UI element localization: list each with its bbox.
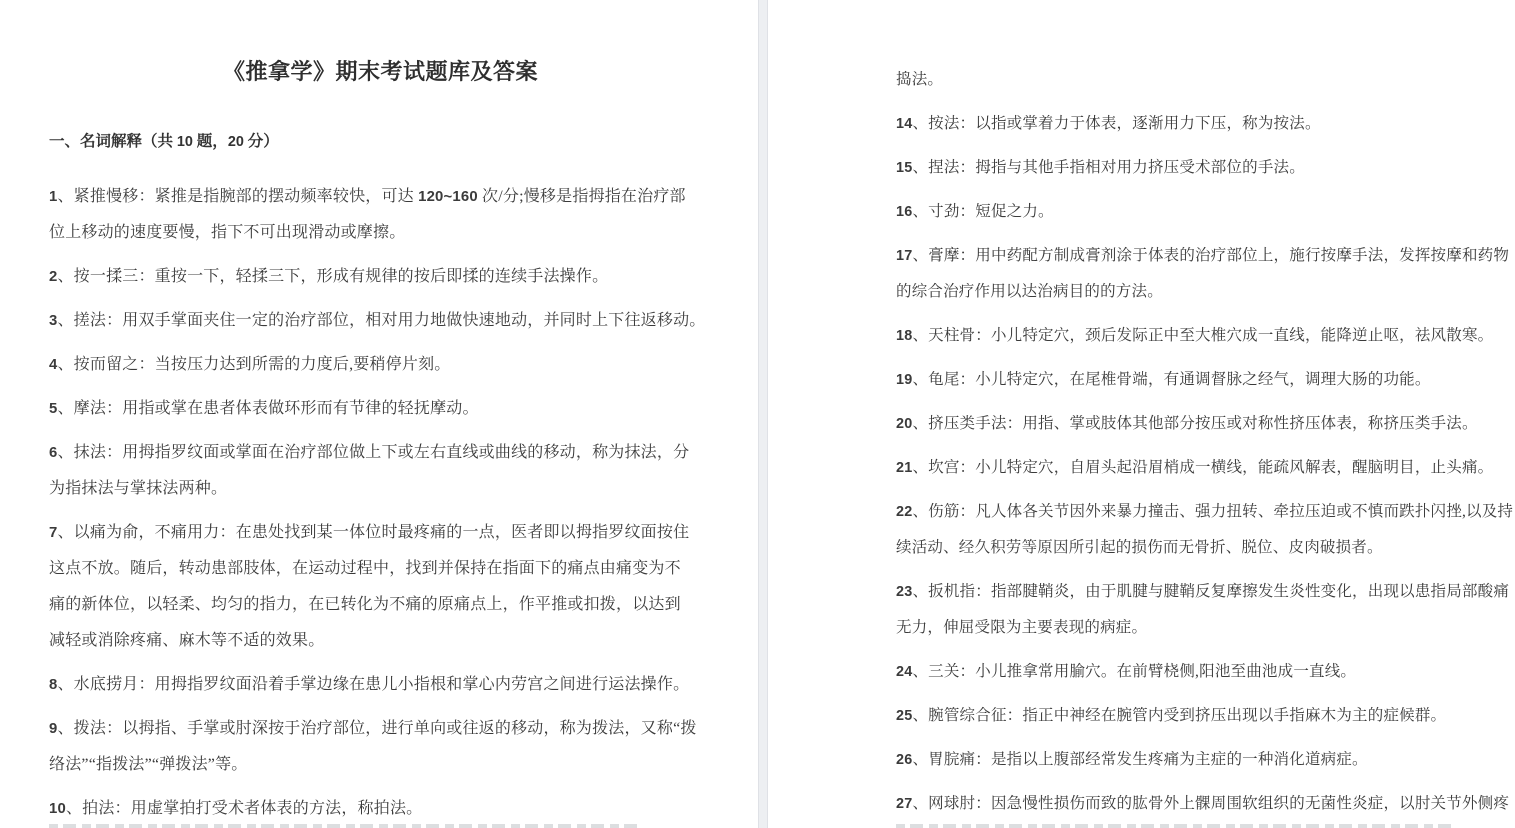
definition-item: 3、搓法：用双手掌面夹住一定的治疗部位，相对用力地做快速地动，并同时上下往返移动… <box>49 303 712 339</box>
digit-run: 9 <box>49 721 57 737</box>
digit-run: 23 <box>896 584 912 600</box>
section-heading: 一、名词解释（共 10 题，20 分） <box>49 131 712 153</box>
digit-run: 2 <box>49 269 57 285</box>
text-line: 19、龟尾：小儿特定穴，在尾椎骨端，有通调督脉之经气，调理大肠的功能。 <box>896 362 1495 398</box>
digit-run: 7 <box>49 525 57 541</box>
digit-run: 14 <box>896 116 912 132</box>
text-line: 20、挤压类手法：用指、掌或肢体其他部分按压或对称性挤压体表，称挤压类手法。 <box>896 406 1495 442</box>
definition-item: 25、腕管综合征：指正中神经在腕管内受到挤压出现以手指麻木为主的症候群。 <box>896 698 1495 734</box>
text-line: 25、腕管综合征：指正中神经在腕管内受到挤压出现以手指麻木为主的症候群。 <box>896 698 1495 734</box>
document-viewer: 《推拿学》期末考试题库及答案 一、名词解释（共 10 题，20 分） 1、紧推慢… <box>0 0 1515 828</box>
definition-item: 7、以痛为俞，不痛用力：在患处找到某一体位时最疼痛的一点，医者即以拇指罗纹面按住… <box>49 515 712 659</box>
page-divider <box>758 0 768 828</box>
definition-item: 2、按一揉三：重按一下，轻揉三下，形成有规律的按后即揉的连续手法操作。 <box>49 259 712 295</box>
digit-run: 3 <box>49 313 57 329</box>
definition-item: 19、龟尾：小儿特定穴，在尾椎骨端，有通调督脉之经气，调理大肠的功能。 <box>896 362 1495 398</box>
text-line: 15、捏法：拇指与其他手指相对用力挤压受术部位的手法。 <box>896 150 1495 186</box>
definition-item: 4、按而留之：当按压力达到所需的力度后,要稍停片刻。 <box>49 347 712 383</box>
text-line: 23、扳机指：指部腱鞘炎，由于肌腱与腱鞘反复摩擦发生炎性变化，出现以患指局部酸痛 <box>896 574 1495 610</box>
page-right: 捣法。14、按法：以指或掌着力于体表，逐渐用力下压，称为按法。15、捏法：拇指与… <box>768 0 1515 828</box>
digit-run: 10 <box>177 134 193 150</box>
text-line: 的综合治疗作用以达治病目的的方法。 <box>896 274 1495 310</box>
text-line: 26、胃脘痛：是指以上腹部经常发生疼痛为主症的一种消化道病症。 <box>896 742 1495 778</box>
text-line: 27、网球肘：因急慢性损伤而致的肱骨外上髁周围软组织的无菌性炎症，以肘关节外侧疼 <box>896 786 1495 822</box>
digit-run: 19 <box>896 372 912 388</box>
text-line: 3、搓法：用双手掌面夹住一定的治疗部位，相对用力地做快速地动，并同时上下往返移动… <box>49 303 712 339</box>
text-line: 痛的新体位，以轻柔、均匀的指力，在已转化为不痛的原痛点上，作平推或扣拨，以达到 <box>49 587 712 623</box>
digit-run: 20 <box>228 134 244 150</box>
definition-item: 14、按法：以指或掌着力于体表，逐渐用力下压，称为按法。 <box>896 106 1495 142</box>
text-line: 16、寸劲：短促之力。 <box>896 194 1495 230</box>
definition-item: 20、挤压类手法：用指、掌或肢体其他部分按压或对称性挤压体表，称挤压类手法。 <box>896 406 1495 442</box>
digit-run: 25 <box>896 708 912 724</box>
digit-run: 24 <box>896 664 912 680</box>
definition-item: 9、拨法：以拇指、手掌或肘深按于治疗部位，进行单向或往返的移动，称为拨法，又称“… <box>49 711 712 783</box>
page-left: 《推拿学》期末考试题库及答案 一、名词解释（共 10 题，20 分） 1、紧推慢… <box>0 0 758 828</box>
text-line: 4、按而留之：当按压力达到所需的力度后,要稍停片刻。 <box>49 347 712 383</box>
definition-item: 10、拍法：用虚掌拍打受术者体表的方法，称拍法。 <box>49 791 712 827</box>
digit-run: 1 <box>49 189 57 205</box>
definition-item: 21、坎宫：小儿特定穴，自眉头起沿眉梢成一横线，能疏风解表，醒脑明目，止头痛。 <box>896 450 1495 486</box>
digit-run: 27 <box>896 796 912 812</box>
text-line: 为指抹法与掌抹法两种。 <box>49 471 712 507</box>
text-line: 位上移动的速度要慢，指下不可出现滑动或摩擦。 <box>49 215 712 251</box>
left-page-items: 1、紧推慢移：紧推是指腕部的摆动频率较快，可达 120~160 次/分;慢移是指… <box>49 179 712 827</box>
digit-run: 22 <box>896 504 912 520</box>
text-line: 10、拍法：用虚掌拍打受术者体表的方法，称拍法。 <box>49 791 712 827</box>
text-line: 2、按一揉三：重按一下，轻揉三下，形成有规律的按后即揉的连续手法操作。 <box>49 259 712 295</box>
digit-run: 20 <box>896 416 912 432</box>
text-line: 6、抹法：用拇指罗纹面或掌面在治疗部位做上下或左右直线或曲线的移动，称为抹法，分 <box>49 435 712 471</box>
definition-item: 17、膏摩：用中药配方制成膏剂涂于体表的治疗部位上，施行按摩手法，发挥按摩和药物… <box>896 238 1495 310</box>
text-line: 9、拨法：以拇指、手掌或肘深按于治疗部位，进行单向或往返的移动，称为拨法，又称“… <box>49 711 712 747</box>
text-line: 17、膏摩：用中药配方制成膏剂涂于体表的治疗部位上，施行按摩手法，发挥按摩和药物 <box>896 238 1495 274</box>
definition-item: 27、网球肘：因急慢性损伤而致的肱骨外上髁周围软组织的无菌性炎症，以肘关节外侧疼 <box>896 786 1495 822</box>
digit-run: 16 <box>896 204 912 220</box>
definition-item: 6、抹法：用拇指罗纹面或掌面在治疗部位做上下或左右直线或曲线的移动，称为抹法，分… <box>49 435 712 507</box>
text-line: 14、按法：以指或掌着力于体表，逐渐用力下压，称为按法。 <box>896 106 1495 142</box>
text-line: 无力，伸屈受限为主要表现的病症。 <box>896 610 1495 646</box>
definition-item: 23、扳机指：指部腱鞘炎，由于肌腱与腱鞘反复摩擦发生炎性变化，出现以患指局部酸痛… <box>896 574 1495 646</box>
digit-run: 15 <box>896 160 912 176</box>
definition-item: 1、紧推慢移：紧推是指腕部的摆动频率较快，可达 120~160 次/分;慢移是指… <box>49 179 712 251</box>
clipped-next-line-left <box>49 824 641 828</box>
definition-item: 捣法。 <box>896 62 1495 98</box>
text-line: 这点不放。随后，转动患部肢体，在运动过程中，找到并保持在指面下的痛点由痛变为不 <box>49 551 712 587</box>
text-line: 络法”“指拨法”“弹拨法”等。 <box>49 747 712 783</box>
digit-run: 4 <box>49 357 57 373</box>
text-line: 22、伤筋：凡人体各关节因外来暴力撞击、强力扭转、牵拉压迫或不慎而跌扑闪挫,以及… <box>896 494 1495 530</box>
text-line: 7、以痛为俞，不痛用力：在患处找到某一体位时最疼痛的一点，医者即以拇指罗纹面按住 <box>49 515 712 551</box>
definition-item: 24、三关：小儿推拿常用腧穴。在前臂桡侧,阳池至曲池成一直线。 <box>896 654 1495 690</box>
right-page-items: 捣法。14、按法：以指或掌着力于体表，逐渐用力下压，称为按法。15、捏法：拇指与… <box>896 62 1495 822</box>
text-line: 24、三关：小儿推拿常用腧穴。在前臂桡侧,阳池至曲池成一直线。 <box>896 654 1495 690</box>
text-line: 18、天柱骨：小儿特定穴，颈后发际正中至大椎穴成一直线，能降逆止呕，祛风散寒。 <box>896 318 1495 354</box>
digit-run: 6 <box>49 445 57 461</box>
definition-item: 15、捏法：拇指与其他手指相对用力挤压受术部位的手法。 <box>896 150 1495 186</box>
definition-item: 5、摩法：用指或掌在患者体表做环形而有节律的轻抚摩动。 <box>49 391 712 427</box>
text-line: 8、水底捞月：用拇指罗纹面沿着手掌边缘在患儿小指根和掌心内劳宫之间进行运法操作。 <box>49 667 712 703</box>
digit-run: 17 <box>896 248 912 264</box>
digit-run: 21 <box>896 460 912 476</box>
text-line: 1、紧推慢移：紧推是指腕部的摆动频率较快，可达 120~160 次/分;慢移是指… <box>49 179 712 215</box>
digit-run: 10 <box>49 801 66 817</box>
digit-run: 5 <box>49 401 57 417</box>
definition-item: 16、寸劲：短促之力。 <box>896 194 1495 230</box>
text-line: 续活动、经久积劳等原因所引起的损伤而无骨折、脱位、皮肉破损者。 <box>896 530 1495 566</box>
clipped-next-line-right <box>896 824 1452 828</box>
digit-run: 8 <box>49 677 57 693</box>
definition-item: 18、天柱骨：小儿特定穴，颈后发际正中至大椎穴成一直线，能降逆止呕，祛风散寒。 <box>896 318 1495 354</box>
text-line: 5、摩法：用指或掌在患者体表做环形而有节律的轻抚摩动。 <box>49 391 712 427</box>
text-line: 21、坎宫：小儿特定穴，自眉头起沿眉梢成一横线，能疏风解表，醒脑明目，止头痛。 <box>896 450 1495 486</box>
digit-run: 120~160 <box>418 189 478 205</box>
text-line: 捣法。 <box>896 62 1495 98</box>
digit-run: 26 <box>896 752 912 768</box>
definition-item: 8、水底捞月：用拇指罗纹面沿着手掌边缘在患儿小指根和掌心内劳宫之间进行运法操作。 <box>49 667 712 703</box>
digit-run: 18 <box>896 328 912 344</box>
text-line: 减轻或消除疼痛、麻木等不适的效果。 <box>49 623 712 659</box>
definition-item: 26、胃脘痛：是指以上腹部经常发生疼痛为主症的一种消化道病症。 <box>896 742 1495 778</box>
document-title: 《推拿学》期末考试题库及答案 <box>49 57 712 87</box>
definition-item: 22、伤筋：凡人体各关节因外来暴力撞击、强力扭转、牵拉压迫或不慎而跌扑闪挫,以及… <box>896 494 1495 566</box>
